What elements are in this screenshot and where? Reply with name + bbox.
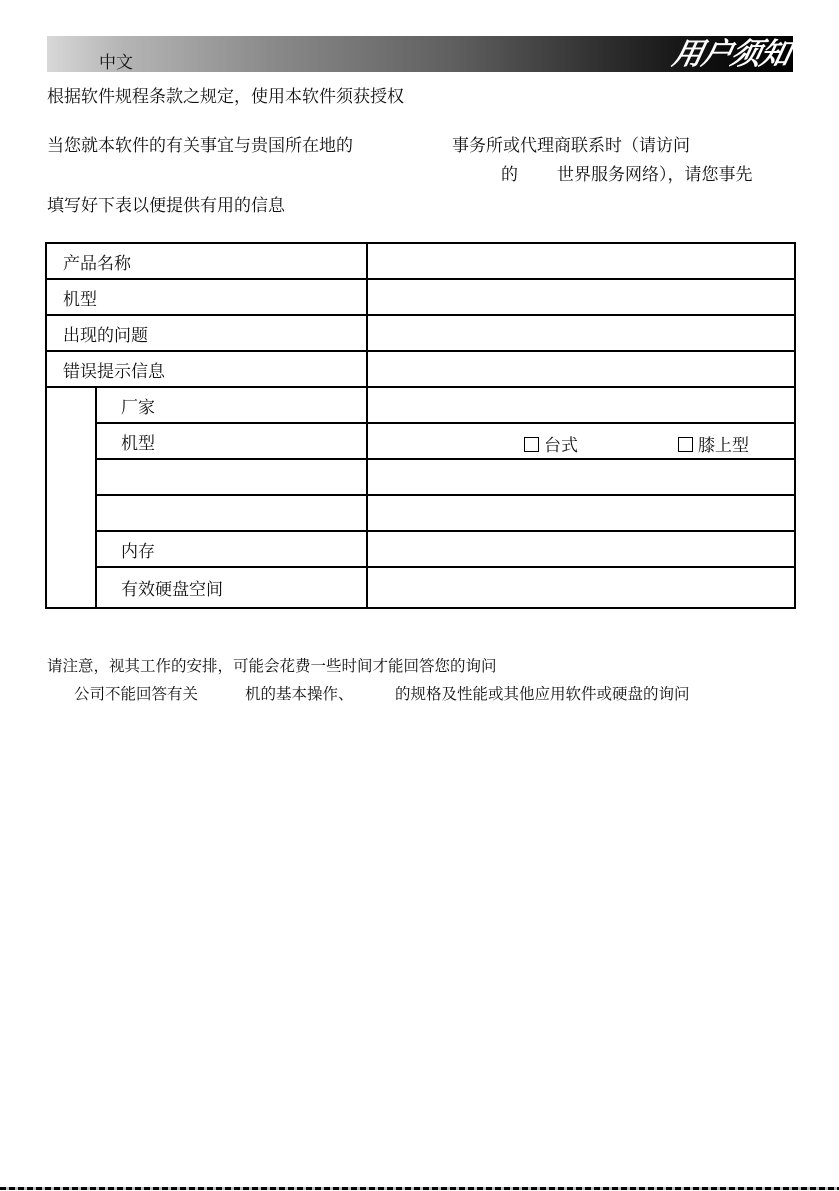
page-title: 用户须知 (669, 36, 793, 74)
field-label-blank-1 (96, 459, 367, 495)
field-value-blank-2[interactable] (367, 495, 795, 531)
field-value-pc-model: 台式 膝上型 (367, 423, 795, 459)
table-row: 错误提示信息 (46, 351, 795, 387)
field-value-model[interactable] (367, 279, 795, 315)
field-value-error-message[interactable] (367, 351, 795, 387)
field-value-blank-1[interactable] (367, 459, 795, 495)
field-label-blank-2 (96, 495, 367, 531)
field-value-problem[interactable] (367, 315, 795, 351)
field-label-manufacturer: 厂家 (96, 387, 367, 423)
note-disclaimer-a: 公司不能回答有关 (74, 683, 198, 705)
option-desktop[interactable]: 台式 (524, 431, 578, 456)
field-value-disk-space[interactable] (367, 567, 795, 608)
option-desktop-label: 台式 (544, 436, 578, 456)
intro-license-text: 根据软件规程条款之规定，使用本软件须获授权 (47, 86, 404, 108)
field-label-product-name: 产品名称 (46, 243, 367, 279)
table-row: 机型 (46, 279, 795, 315)
table-row: 厂家 (46, 387, 795, 423)
note-disclaimer-b: 机的基本操作、 (245, 683, 354, 705)
field-label-problem: 出现的问题 (46, 315, 367, 351)
intro-fill-form-text: 填写好下表以便提供有用的信息 (47, 195, 285, 217)
field-value-product-name[interactable] (367, 243, 795, 279)
table-row: 产品名称 (46, 243, 795, 279)
intro-contact-text-2b: 世界服务网络），请您事先 (557, 164, 753, 186)
field-label-model: 机型 (46, 279, 367, 315)
section-header-bar: 中文 用户须知 (47, 36, 793, 72)
note-response-time: 请注意，视其工作的安排，可能会花费一些时间才能回答您的询问 (47, 655, 497, 677)
field-label-pc-model: 机型 (96, 423, 367, 459)
field-label-memory: 内存 (96, 531, 367, 567)
note-disclaimer-c: 的规格及性能或其他应用软件或硬盘的询问 (395, 683, 690, 705)
page-bottom-rule (0, 1187, 839, 1190)
support-info-form: 产品名称 机型 出现的问题 错误提示信息 厂家 机型 台式 膝上型 (45, 242, 796, 609)
table-row: 机型 台式 膝上型 (46, 423, 795, 459)
option-laptop[interactable]: 膝上型 (678, 431, 749, 456)
field-label-error-message: 错误提示信息 (46, 351, 367, 387)
field-value-memory[interactable] (367, 531, 795, 567)
option-laptop-label: 膝上型 (698, 436, 749, 456)
intro-contact-text-1b: 事务所或代理商联系时（请访问 (452, 135, 690, 157)
table-row: 出现的问题 (46, 315, 795, 351)
language-label: 中文 (99, 48, 133, 73)
computer-group-cell (46, 387, 96, 608)
table-row (46, 459, 795, 495)
intro-contact-text-1a: 当您就本软件的有关事宜与贵国所在地的 (47, 135, 353, 157)
field-label-disk-space: 有效硬盘空间 (96, 567, 367, 608)
table-row (46, 495, 795, 531)
checkbox-laptop[interactable] (678, 437, 693, 452)
intro-contact-text-2a: 的 (501, 164, 518, 186)
table-row: 有效硬盘空间 (46, 567, 795, 608)
table-row: 内存 (46, 531, 795, 567)
checkbox-desktop[interactable] (524, 437, 539, 452)
field-value-manufacturer[interactable] (367, 387, 795, 423)
